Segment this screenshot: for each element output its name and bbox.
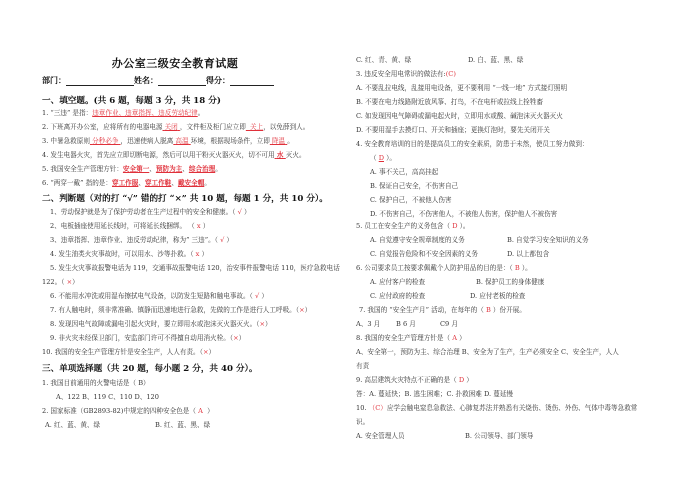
judge-item-1: 1、劳动保护就是为了保护劳动者在生产过程中的安全和健康。（ √ ）	[50, 208, 251, 217]
choice-q4: 4. 安全教育培训的目的是提高员工的安全素质，防患于未然，使员工努力做到：	[356, 140, 589, 149]
fill-item-3: 3. 中暑急救原则 分秒必争 ，迅速使病人脱离 高温 环境，根据现场条件，立即 …	[42, 137, 294, 146]
judge-item-6: 6. 不能用水冲洗或用湿布擦拭电气设备，以防发生短路和触电事故。（ √ ）	[50, 292, 268, 301]
exam-page: 办公室三级安全教育试题 部门：姓名：得分： 一、填空题。(共 6 题，每题 3 …	[0, 0, 700, 494]
choice-q5-opt-b: B. 自觉学习安全知识的义务	[507, 236, 589, 245]
choice-q7: 7. 我国的 “安全生产月” 活动，在每年的（ B ）份开展。	[359, 306, 526, 315]
judge-item-10: 10. 我国的安全生产管理方针是安全生产，人人有责。（×）	[42, 348, 215, 357]
choice-q9: 9. 高层建筑火灾特点不正确的是（ D ）	[356, 376, 473, 385]
judge-item-9: 9. 非火灾未经保卫部门，安监部门许可不得擅自动用消火栓。（×）	[50, 334, 245, 343]
answer: 关上	[246, 123, 263, 131]
judge-item-5-cont: 122。（ ×）	[42, 278, 79, 287]
name-blank[interactable]	[158, 77, 206, 86]
answer: 违章作业、违章指挥、违反劳动纪律	[92, 109, 198, 117]
answer: B	[515, 264, 520, 272]
choice-q7-opt-a: A、3 月	[356, 320, 380, 329]
choice-q2-opt-a: A. 红、蓝、黄、绿	[45, 421, 100, 430]
choice-q8-options: A、安全第一，预防为主、综合治理 B、安全为了生产，生产必须安全 C、安全生产，…	[356, 348, 619, 357]
judge-item-4: 4. 发生油类火灾事故时，可以用水、沙等扑救。（ x ）	[50, 250, 208, 259]
choice-q9-options: 答：A. 蔓延快；B. 逃生困难；C. 扑救困难 D. 蔓延慢	[356, 390, 513, 399]
judge-item-2: 2、电板插座使用延长线时，可将延长线捆绑。 （ x ）	[50, 222, 209, 231]
choice-q1-options: A、122 B、119 C、110 D、120	[56, 393, 159, 402]
section1-heading: 一、填空题。(共 6 题，每题 3 分，共 18 分)	[42, 94, 221, 106]
choice-q1: 1. 我国目前通用的火警电话是（ B）	[42, 379, 150, 388]
fill-item-4: 4. 发生电器火灾，首先应立即切断电源，然后可以用干粉灭火器灭火，切不可用 水 …	[42, 151, 306, 160]
answer: 水	[275, 151, 286, 159]
choice-q7-opt-b: B 6 月	[396, 320, 416, 329]
dept-blank[interactable]	[66, 77, 134, 86]
choice-q4-opt-c: C. 保护自己，不被他人伤害	[370, 196, 452, 205]
section3-heading: 三、单项选择题（共 20 题，每小题 2 分，共 40 分）。	[42, 362, 257, 374]
choice-q6-opt-b: B. 保护员工的身体健康	[476, 278, 544, 287]
answer: 降温	[270, 137, 287, 145]
choice-q6-opt-d: D. 应付老板的检查	[470, 292, 525, 301]
choice-q2-opt-c: C. 红、青、黄、绿	[356, 56, 411, 65]
choice-q4-answer: （ D ）。	[370, 154, 396, 163]
name-label: 姓名：	[134, 75, 158, 85]
choice-q6-opt-c: C. 应付政府的检查	[370, 292, 425, 301]
fill-item-1: 1. “三违” 是指：违章作业、违章指挥、违反劳动纪律。	[42, 109, 204, 118]
choice-q8-options-cont: 有责	[356, 362, 369, 371]
judge-item-5: 5. 发生火灾事故报警电话为 119，交通事故报警电话 120，治安事件报警电话…	[50, 264, 340, 273]
choice-q4-opt-a: A. 事不关己，高高挂起	[370, 168, 438, 177]
cross-mark: x	[196, 250, 200, 258]
choice-q10: 10. （C）应学会触电窒息急救法、心肺复苏法并熟悉有关烧伤、烫伤、外伤、气体中…	[356, 404, 637, 413]
check-mark: √	[238, 208, 242, 216]
score-blank[interactable]	[230, 77, 274, 86]
choice-q5: 5. 员工在安全生产的义务包含（ D ）。	[356, 222, 470, 231]
fill-item-6: 6. “两穿一戴” 指的是：穿工作服、穿工作鞋、戴安全帽。	[42, 179, 211, 188]
check-mark: √	[255, 292, 259, 300]
choice-q5-opt-c: C. 自觉报告危险和不安全因素的义务	[370, 250, 478, 259]
choice-q3-opt-d: D. 不要用湿手去摸灯口、开关和插座；更换灯泡时，要先关闭开关	[356, 126, 550, 135]
answer: B	[486, 306, 491, 314]
judge-item-7: 7. 有人触电时，须非常准确、镇静而迅速地进行急救，先做的工作是进行人工呼吸。（…	[50, 306, 311, 315]
choice-q3: 3. 违反安全用电常识的做法有:(C)	[356, 70, 456, 79]
choice-q6-opt-a: A. 应付客户的检查	[370, 278, 425, 287]
choice-q5-opt-d: D. 以上都包含	[507, 250, 549, 259]
fill-item-5: 5. 我国安全生产管理方针：安全第一、预防为主、综合治理。	[42, 165, 222, 174]
answer: D	[379, 154, 384, 162]
answer: D	[459, 376, 464, 384]
answer: 关闭	[162, 123, 179, 131]
choice-q2: 2. 国家标准（GB2893-82)中规定的四种安全色是（ A ）	[42, 407, 214, 416]
choice-q10-opt-a: A. 安全管理人员	[356, 432, 405, 441]
document-title: 办公室三级安全教育试题	[0, 55, 350, 71]
choice-q2-opt-d: D. 白、蓝、黑、绿	[468, 56, 523, 65]
choice-q3-opt-b: B. 不要在电力线路附近放风筝、打鸟，不在电杆或拉线上拴牲畜	[356, 98, 543, 107]
choice-q4-opt-b: B. 保证自己安全，不伤害自己	[370, 182, 458, 191]
score-label: 得分：	[206, 75, 230, 85]
judge-item-8: 8. 发现因电气故障或漏电引起火灾时，要立即用水或泡沫灭火器灭火。（×）	[50, 320, 272, 329]
section2-heading: 二、判断题（对的打 “√” 错的打 “×” 共 10 题，每题 1 分，共 10…	[42, 192, 328, 204]
answer: (C)	[446, 70, 456, 78]
choice-q10-cont: 识。	[356, 418, 369, 427]
check-mark: √	[220, 236, 224, 244]
choice-q4-opt-d: D. 不伤害自己，不伤害他人，不被他人伤害，保护他人不被伤害	[370, 210, 557, 219]
choice-q2-opt-b: B. 红、蓝、黑、绿	[155, 421, 210, 430]
answer: 分秒必争	[90, 137, 121, 145]
answer: 高温	[173, 137, 190, 145]
answer: A	[452, 334, 457, 342]
choice-q3-opt-c: C. 如发现因电气障碍或漏电起火时，立即用水或酸、碱泡沫灭火器灭火	[356, 112, 563, 121]
choice-q7-opt-c: C9 月	[440, 320, 458, 329]
choice-q8: 8. 我国的安全生产管理方针是（ A ）	[356, 334, 466, 343]
judge-item-3: 3、违章指挥、违章作业、违反劳动纪律，称为” 三违”。（ √ ）	[50, 236, 233, 245]
dept-label: 部门：	[42, 75, 66, 85]
cross-mark: x	[197, 222, 201, 230]
choice-q3-opt-a: A. 不要乱拉电线，乱接用电设备，更不要利用 “一线一地” 方式接灯照明	[356, 84, 567, 93]
answer: A	[198, 407, 203, 415]
fill-item-2: 2. 下班离开办公室，应将所有的电器电源 关闭 ，文件柜及柜门应立即 关上，以免…	[42, 123, 309, 132]
answer: D	[452, 222, 457, 230]
choice-q5-opt-a: A. 自觉遵守安全规章制度的义务	[370, 236, 465, 245]
header-fields: 部门：姓名：得分：	[42, 75, 274, 86]
choice-q6: 6. 公司要求员工按要求佩戴个人防护用品的目的是：（ B ）。	[356, 264, 532, 273]
choice-q10-opt-b: B. 公司领导、部门领导	[465, 432, 533, 441]
